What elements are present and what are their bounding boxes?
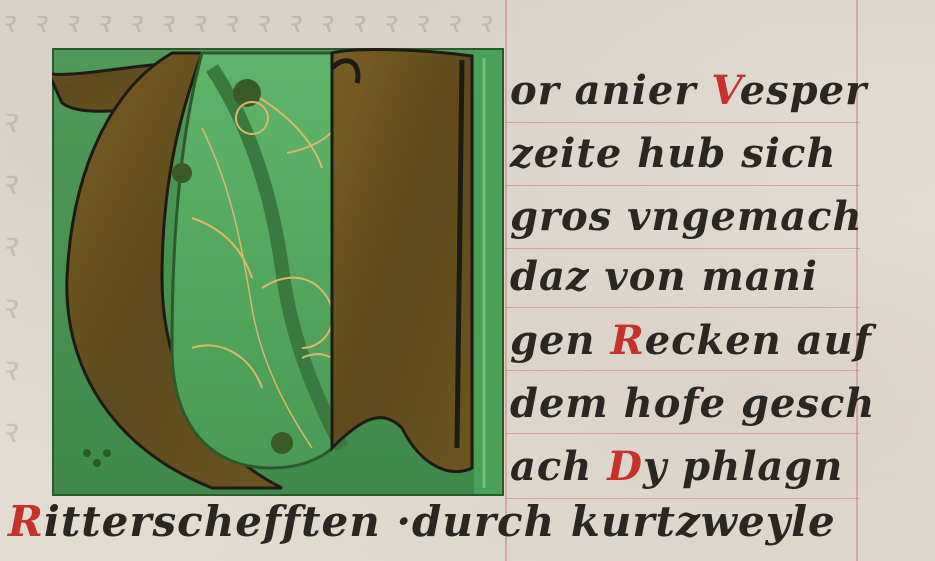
text-line-7: ach Dy phlagn: [510, 443, 843, 490]
line-text: gen: [510, 317, 610, 364]
text-line-1: or anier Vesper: [510, 67, 867, 114]
text-line-3: gros vngemach: [510, 193, 863, 240]
ruling-line: [505, 185, 860, 186]
line-text: gros vngemach: [510, 193, 863, 240]
ruling-line: [505, 307, 860, 308]
line-text: ach: [510, 443, 607, 490]
rubric-letter: R: [610, 317, 644, 364]
illuminated-initial: [52, 48, 504, 496]
line-text: itterschefften ·durch kurtzweyle: [44, 497, 836, 546]
ruling-line: [505, 122, 860, 123]
text-line-2: zeite hub sich: [510, 130, 836, 177]
line-text: zeite hub sich: [510, 130, 836, 177]
ruling-line: [505, 248, 860, 249]
rubric-letter: R: [8, 497, 44, 546]
ruling-line: [505, 370, 860, 371]
initial-v-artwork: [52, 48, 504, 496]
line-text: or anier: [510, 67, 711, 114]
ruling-line: [505, 433, 860, 434]
ruling-line-left: [505, 0, 507, 561]
line-text: esper: [740, 67, 867, 114]
show-through-text-left: ꝛꝛꝛꝛꝛꝛ: [0, 90, 60, 490]
show-through-text-top: ꝛ ꝛ ꝛ ꝛ ꝛ ꝛ ꝛ ꝛ ꝛ ꝛ ꝛ ꝛ ꝛ ꝛ ꝛ ꝛ: [0, 0, 510, 50]
line-text: dem hofe gesch: [510, 380, 875, 427]
line-text: y phlagn: [643, 443, 843, 490]
line-text: daz von mani: [510, 253, 818, 300]
line-text: ecken auf: [645, 317, 872, 364]
text-line-6: dem hofe gesch: [510, 380, 875, 427]
text-line-4: daz von mani: [510, 253, 818, 300]
text-line-5: gen Recken auf: [510, 317, 872, 364]
rubric-letter: D: [607, 443, 643, 490]
text-line-bottom: Ritterschefften ·durch kurtzweyle: [8, 497, 836, 546]
rubric-letter: V: [711, 67, 739, 114]
